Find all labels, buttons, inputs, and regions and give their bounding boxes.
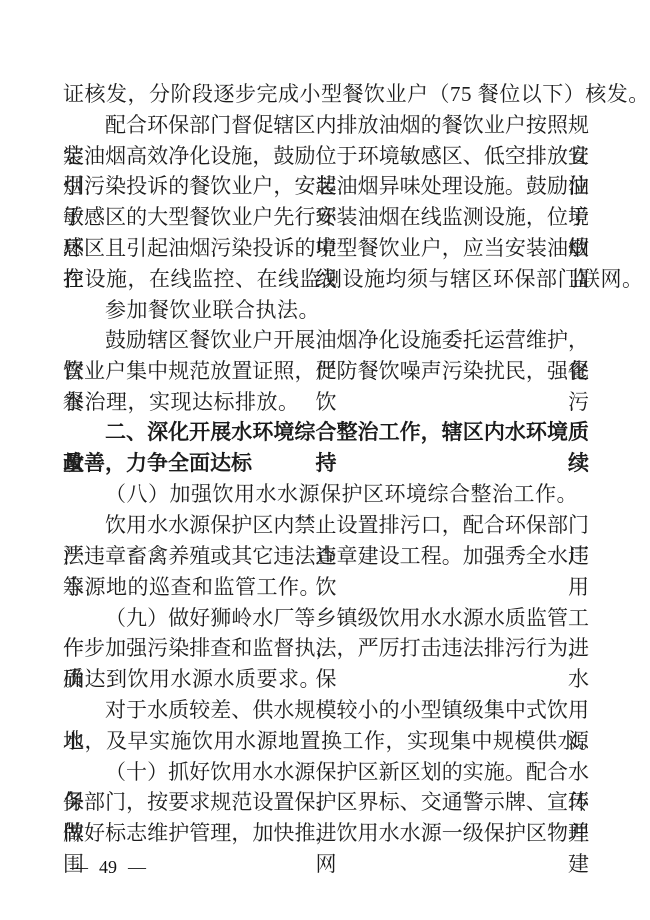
text-line: 地，及早实施饮用水源地置换工作，实现集中规模供水。 — [63, 726, 589, 757]
text-line: 对于水质较差、供水规模较小的小型镇级集中式饮用水源 — [63, 695, 589, 726]
text-line: 鼓励辖区餐饮业户开展油烟净化设施委托运营维护，督促餐 — [63, 325, 589, 356]
text-line: 做好标志维护管理，加快推进饮用水水源一级保护区物理围网建 — [63, 818, 589, 849]
section-heading-line: 二、深化开展水环境综合整治工作，辖区内水环境质量持续 — [63, 418, 589, 449]
footer-dash-right: — — [128, 856, 146, 878]
text-line: （九）做好狮岭水厂等乡镇级饮用水水源水质监管工作，进 — [63, 603, 589, 634]
document-body: 证核发，分阶段逐步完成小型餐饮业户（75 餐位以下）核发。配合环保部门督促辖区内… — [63, 79, 589, 849]
text-line: 敏感区的大型餐饮业户先行安装油烟在线监测设施，位于环境敏 — [63, 202, 589, 233]
text-line: （十）抓好饮用水水源保护区新区划的实施。配合水务、环 — [63, 757, 589, 788]
document-page: 证核发，分阶段逐步完成小型餐饮业户（75 餐位以下）核发。配合环保部门督促辖区内… — [0, 0, 650, 920]
text-line: 证核发，分阶段逐步完成小型餐饮业户（75 餐位以下）核发。 — [63, 79, 589, 110]
text-line: 烟污染投诉的餐饮业户，安装油烟异味处理设施。鼓励位于环境 — [63, 171, 589, 202]
text-line: 装油烟高效净化设施，鼓励位于环境敏感区、低空排放且引起油 — [63, 141, 589, 172]
text-line: 控设施，在线监控、在线监测设施均须与辖区环保部门联网。 — [63, 264, 589, 295]
text-line: 饮业户集中规范放置证照，严防餐饮噪声污染扰民，强化餐饮污 — [63, 356, 589, 387]
text-line: 参加餐饮业联合执法。 — [63, 295, 589, 326]
text-line: 感区且引起油烟污染投诉的中型餐饮业户，应当安装油烟在线监 — [63, 233, 589, 264]
text-line: （八）加强饮用水水源保护区环境综合整治工作。 — [63, 479, 589, 510]
page-number: 49 — [99, 856, 117, 878]
text-line: 一步加强污染排查和监督执法，严厉打击违法排污行为，确保水 — [63, 633, 589, 664]
footer-dash-left: — — [70, 856, 88, 878]
text-line: 饮用水水源保护区内禁止设置排污口，配合环保部门严查违 — [63, 510, 589, 541]
text-line: 法违章畜禽养殖或其它违法违章建设工程。加强秀全水厂等饮用 — [63, 541, 589, 572]
text-line: 保部门，按要求规范设置保护区界标、交通警示牌、宣传牌，并 — [63, 787, 589, 818]
page-footer: — 49 — — [70, 856, 146, 878]
text-line: 配合环保部门督促辖区内排放油烟的餐饮业户按照规定安 — [63, 110, 589, 141]
